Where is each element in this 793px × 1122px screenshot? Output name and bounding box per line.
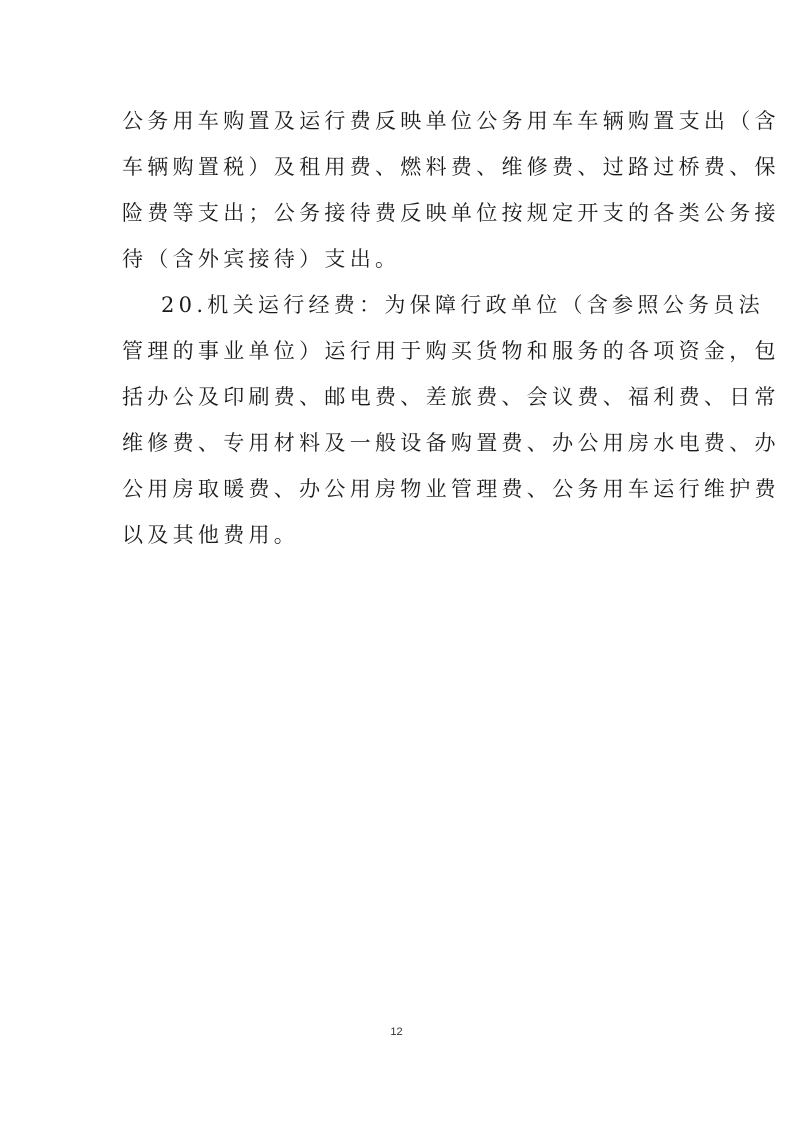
page-number: 12	[0, 1026, 793, 1038]
text-line: 维修费、专用材料及一般设备购置费、办公用房水电费、办	[122, 428, 682, 458]
text-line: 险费等支出；公务接待费反映单位按规定开支的各类公务接	[122, 198, 682, 228]
text-line: 车辆购置税）及租用费、燃料费、维修费、过路过桥费、保	[122, 152, 682, 182]
document-page: 公务用车购置及运行费反映单位公务用车车辆购置支出（含 车辆购置税）及租用费、燃料…	[0, 0, 793, 1122]
text-line: 以及其他费用。	[122, 520, 682, 550]
text-line: 管理的事业单位）运行用于购买货物和服务的各项资金，包	[122, 336, 682, 366]
text-line: 公用房取暖费、办公用房物业管理费、公务用车运行维护费	[122, 474, 682, 504]
text-line: 20.机关运行经费：为保障行政单位（含参照公务员法	[161, 290, 721, 320]
text-line: 待（含外宾接待）支出。	[122, 244, 682, 274]
text-line: 公务用车购置及运行费反映单位公务用车车辆购置支出（含	[122, 106, 682, 136]
text-line: 括办公及印刷费、邮电费、差旅费、会议费、福利费、日常	[122, 382, 682, 412]
